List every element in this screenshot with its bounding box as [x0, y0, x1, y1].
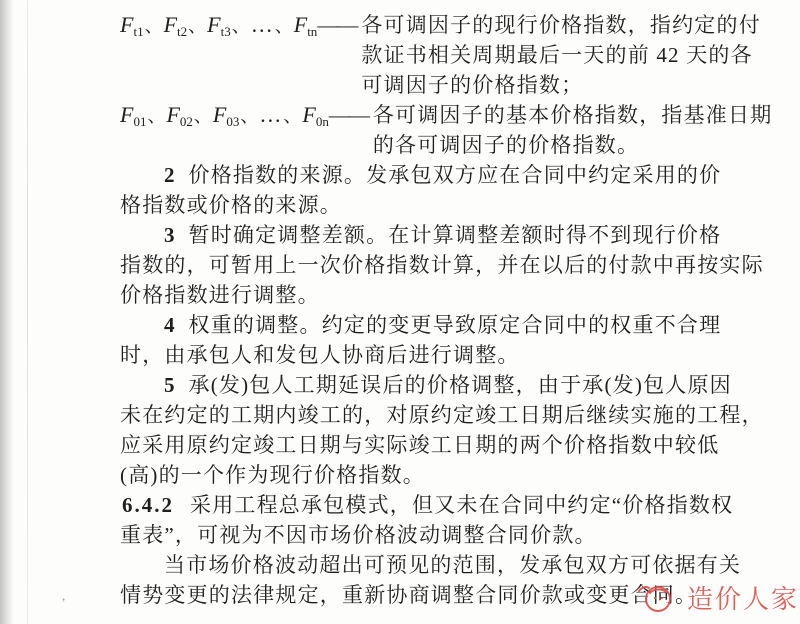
paragraph: 4权重的调整。约定的变更导致原定合同中的权重不合理时，由承包人和发包人协商后进行… [120, 310, 748, 370]
text-line: 的各可调因子的价格指数。 [373, 130, 773, 160]
text-line: 应采用原约定竣工日期与实际竣工日期的两个价格指数中较低 [120, 430, 748, 460]
definition-item: Ft1、Ft2、Ft3、…、Ftn——各可调因子的现行价格指数，指约定的付款证书… [120, 10, 748, 100]
text-line: 2价格指数的来源。发承包双方应在合同中约定采用的价 [120, 160, 748, 190]
text-line: 3暂时确定调整差额。在计算调整差额时得不到现行价格 [120, 220, 748, 250]
definition-item: F01、F02、F03、…、F0n——各可调因子的基本价格指数，指基准日期的各可… [120, 100, 748, 160]
watermark: 造价人家园 [636, 576, 800, 618]
text-line: 各可调因子的现行价格指数，指约定的付 [361, 10, 761, 40]
formula-term: F01、F02、F03、…、F0n—— [120, 100, 373, 130]
em-dash: —— [329, 100, 373, 130]
formula-term: Ft1、Ft2、Ft3、…、Ftn—— [120, 10, 361, 40]
text-line: 格指数或价格的来源。 [120, 190, 748, 220]
paragraph-list: 2价格指数的来源。发承包双方应在合同中约定采用的价格指数或价格的来源。3暂时确定… [120, 160, 748, 610]
text-line: 未在约定的工期内竣工的，对原约定竣工日期后继续实施的工程， [120, 400, 748, 430]
paragraph: 3暂时确定调整差额。在计算调整差额时得不到现行价格指数的，可暂用上一次价格指数计… [120, 220, 748, 310]
definition-list: Ft1、Ft2、Ft3、…、Ftn——各可调因子的现行价格指数，指约定的付款证书… [120, 10, 748, 160]
text-line: (高)的一个作为现行价格指数。 [120, 460, 748, 490]
text-line: 指数的，可暂用上一次价格指数计算，并在以后的付款中再按实际 [120, 250, 748, 280]
text-line: 时，由承包人和发包人协商后进行调整。 [120, 340, 748, 370]
paragraph: 2价格指数的来源。发承包双方应在合同中约定采用的价格指数或价格的来源。 [120, 160, 748, 220]
text-line: 可调因子的价格指数； [361, 70, 761, 100]
text-line: 价格指数进行调整。 [120, 280, 748, 310]
paragraph-number: 5 [164, 373, 175, 397]
text-line: 5承(发)包人工期延误后的价格调整，由于承(发)包人原因 [120, 370, 748, 400]
scan-crease-line [27, 0, 28, 624]
paragraph: 6.4.2采用工程总承包模式，但又未在合同中约定“价格指数权重表”，可视为不因市… [120, 490, 748, 550]
paragraph-number: 6.4.2 [122, 493, 174, 517]
document-page: Ft1、Ft2、Ft3、…、Ftn——各可调因子的现行价格指数，指约定的付款证书… [120, 10, 748, 610]
watermark-label: 造价人家园 [687, 579, 800, 616]
text-line: 4权重的调整。约定的变更导致原定合同中的权重不合理 [120, 310, 748, 340]
paragraph: 5承(发)包人工期延误后的价格调整，由于承(发)包人原因未在约定的工期内竣工的，… [120, 370, 748, 490]
paragraph-number: 4 [164, 313, 175, 337]
em-dash: —— [317, 10, 361, 40]
scan-edge-band [0, 0, 14, 624]
paragraph-number: 2 [164, 163, 175, 187]
text-line: 款证书相关周期最后一天的前 42 天的各 [361, 40, 761, 70]
definition-text: 各可调因子的基本价格指数，指基准日期的各可调因子的价格指数。 [373, 100, 773, 160]
text-line: 重表”，可视为不因市场价格波动调整合同价款。 [120, 520, 748, 550]
text-line: 6.4.2采用工程总承包模式，但又未在合同中约定“价格指数权 [120, 490, 748, 520]
definition-text: 各可调因子的现行价格指数，指约定的付款证书相关周期最后一天的前 42 天的各可调… [361, 10, 761, 100]
scan-speck: , [62, 588, 65, 604]
paragraph-number: 3 [164, 223, 175, 247]
watermark-logo-icon [636, 579, 680, 615]
text-line: 各可调因子的基本价格指数，指基准日期 [373, 100, 773, 130]
